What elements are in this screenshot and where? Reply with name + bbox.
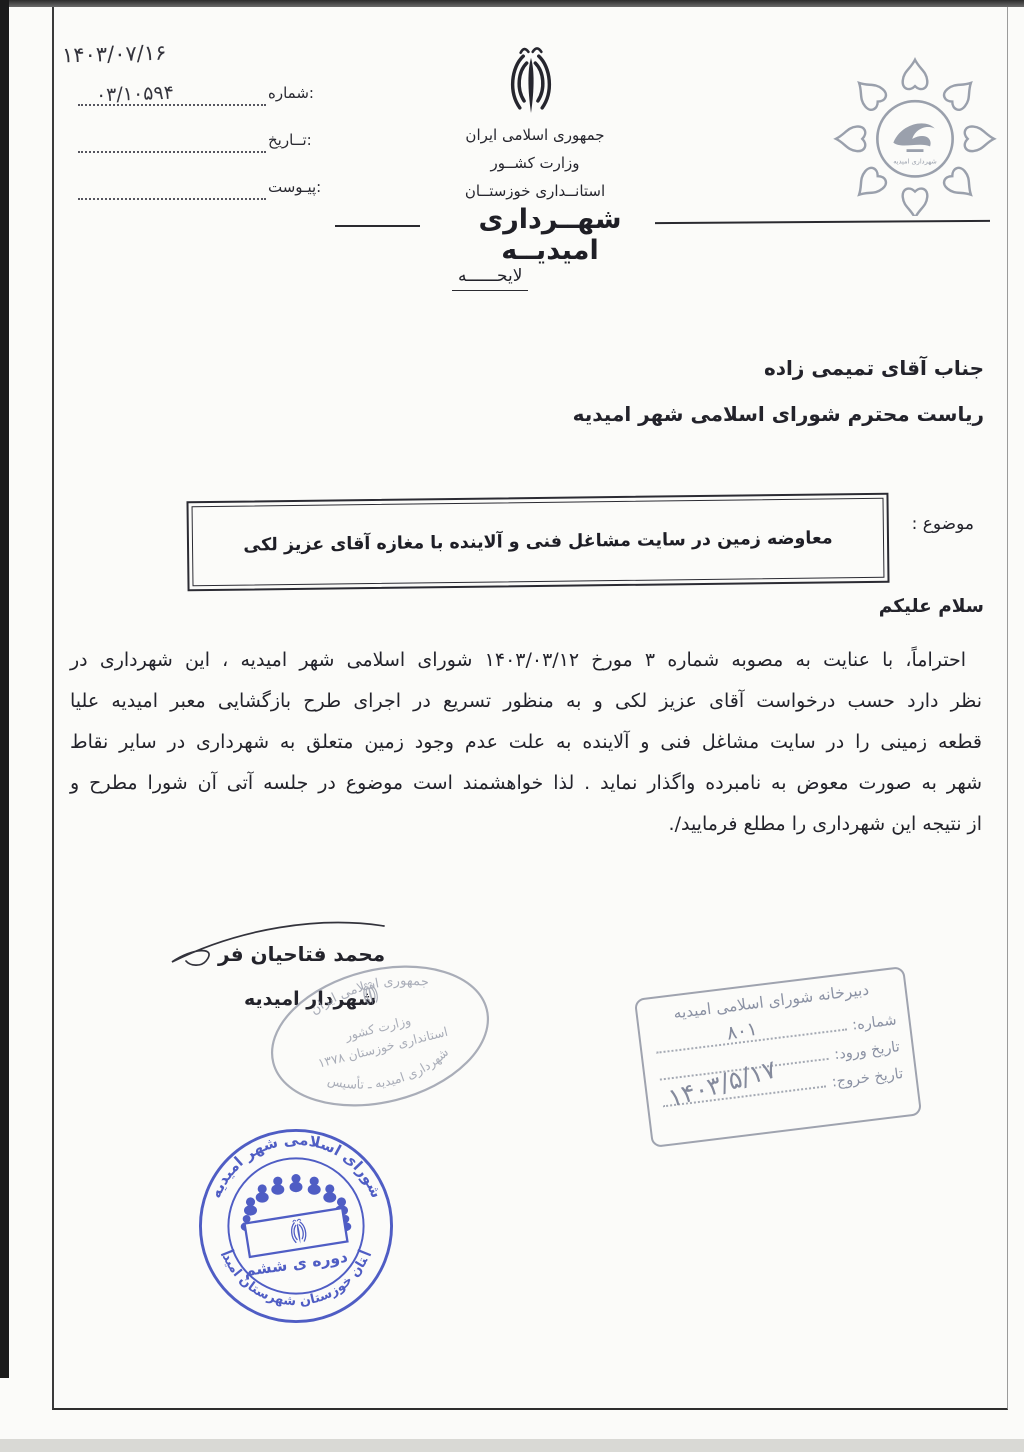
doc-type-title: لایحــــــه	[452, 266, 528, 291]
municipality-logo-icon: شهرداری امیدیه	[833, 56, 997, 216]
scan-edge-left	[0, 0, 9, 1378]
ref-number-label: شماره:	[268, 84, 360, 102]
national-emblem-icon	[500, 42, 562, 122]
municipality-title: شهــرداری امیدیــه	[430, 204, 670, 266]
ref-attachment-dots	[78, 197, 266, 200]
scan-edge-bottom	[0, 1439, 1024, 1452]
body-line: احتراماً، با عنایت به مصوبه شماره ۳ مورخ…	[70, 640, 982, 681]
letterhead-governorate: استانــداری خوزستــان	[385, 182, 685, 200]
handwritten-date: ۱۴۰۳/۰۷/۱۶	[62, 41, 167, 68]
ref-date-label: تــاریخ:	[268, 131, 360, 149]
ref-attachment-label: پیـوست:	[268, 178, 360, 196]
secretariat-exit-label: تاریخ خروج:	[831, 1066, 904, 1091]
ref-date-dots	[78, 150, 266, 153]
ref-number-value: ۰۳/۱۰۵۹۴	[96, 82, 175, 107]
subject-label: موضوع :	[912, 514, 974, 534]
letterhead-ministry: وزارت کشــور	[385, 154, 685, 172]
subject-box: معاوضه زمین در سایت مشاغل فنی و آلاینده …	[186, 493, 889, 592]
scan-edge-top	[0, 0, 1024, 7]
body-line: نظر دارد حسب درخواست آقای عزیز لکی و به …	[70, 681, 982, 722]
body-line: قطعه زمینی را در سایت مشاغل فنی و آلایند…	[70, 722, 982, 763]
letterhead-country: جمهوری اسلامی ایران	[385, 126, 685, 144]
logo-caption: شهرداری امیدیه	[893, 157, 937, 165]
subject-text: معاوضه زمین در سایت مشاغل فنی و آلاینده …	[243, 528, 833, 555]
body-line: شهر به صورت معوض به نامبرده واگذار نماید…	[70, 763, 982, 804]
body-paragraph: احتراماً، با عنایت به مصوبه شماره ۳ مورخ…	[70, 640, 982, 845]
council-round-stamp: شورای اسلامی شهر امیدیه استان خوزستان شه…	[192, 1122, 400, 1330]
header-rule-left	[335, 225, 420, 227]
scanned-letter-page: ۱۴۰۳/۰۷/۱۶ شماره: ۰۳/۱۰۵۹۴ تــاریخ: پیـو…	[0, 0, 1024, 1452]
body-line: از نتیجه این شهرداری را مطلع فرمایید/.	[70, 804, 982, 845]
salutation: سلام علیکم	[879, 596, 984, 617]
recipient-line-2: ریاست محترم شورای اسلامی شهر امیدیه	[573, 402, 984, 426]
recipient-line-1: جناب آقای تمیمی زاده	[764, 356, 984, 380]
